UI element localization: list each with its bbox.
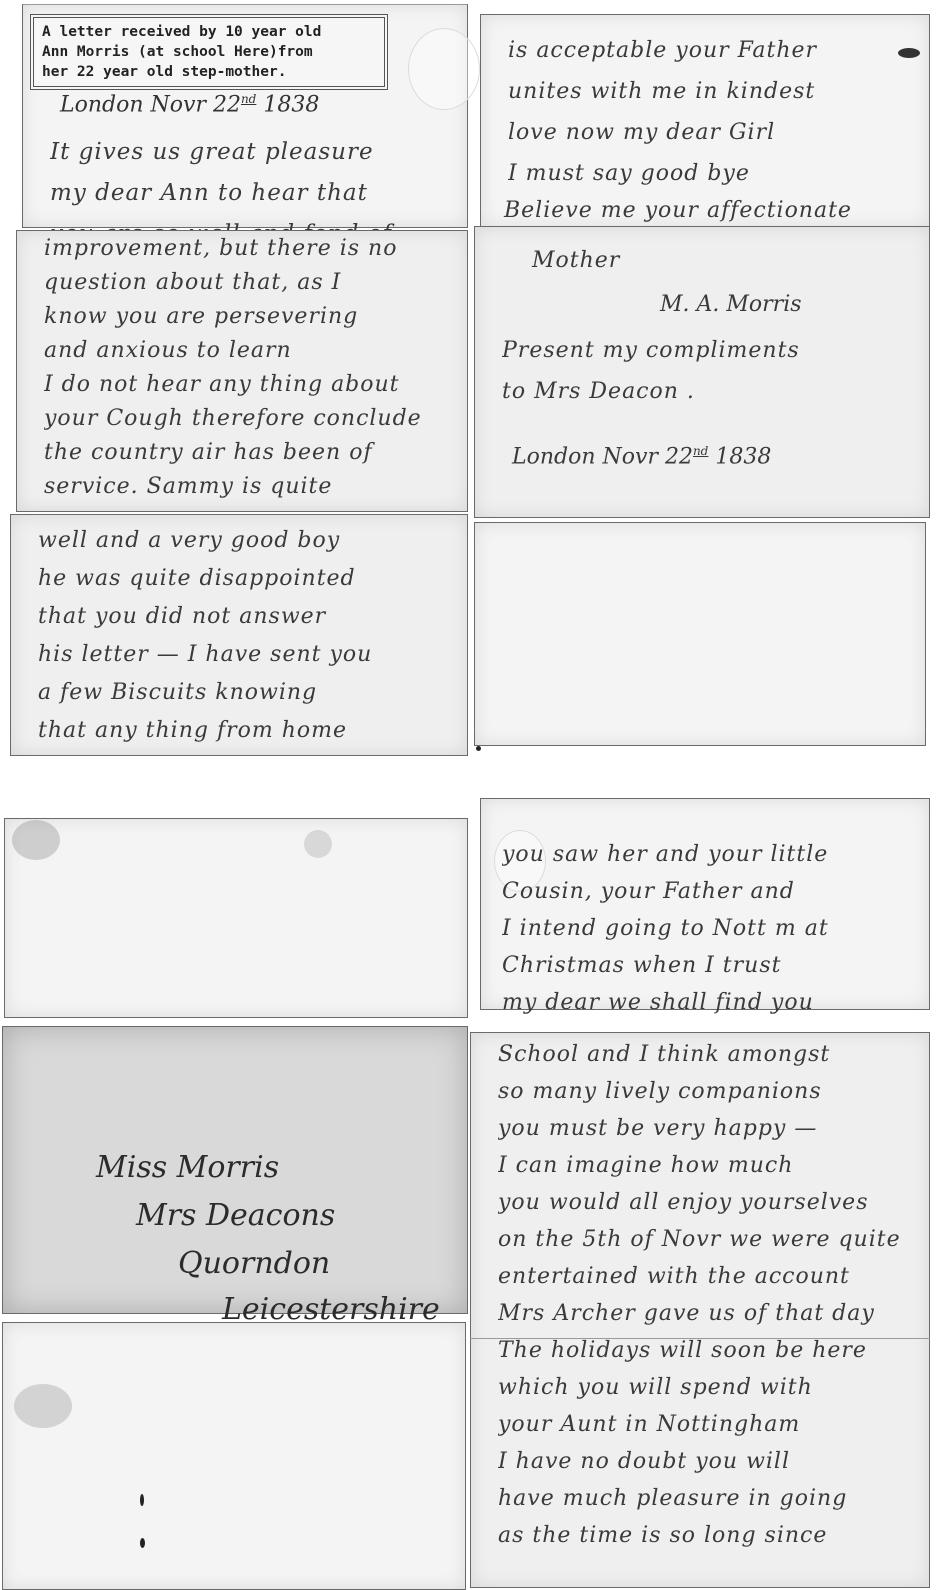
wax-seal-mark [14,1384,72,1428]
ink-spot [140,1494,144,1506]
handwritten-line: I can imagine how much [498,1147,950,1184]
handwritten-line: I must say good bye [508,153,950,194]
closing-date-year: 1838 [715,444,771,469]
closing-date-text: London Novr 22 [512,444,693,469]
dateline-text: London Novr 22 [60,92,241,117]
handwritten-line: I have no doubt you will [498,1443,950,1480]
handwritten-line: to Mrs Deacon . [502,371,950,412]
handwritten-line: my dear we shall find you [502,984,950,1021]
handwritten-line: as the time is so long since [498,1517,950,1554]
embossed-stamp [408,28,480,110]
handwritten-line: entertained with the account [498,1258,950,1295]
handwritten-line: Christmas when I trust [502,947,950,984]
ink-spot [140,1538,145,1548]
handwritten-line: service. Sammy is quite [44,468,496,502]
handwritten-line: on the 5th of Novr we were quite [498,1221,950,1258]
closing-dateline: London Novr 22nd 1838 [512,444,771,469]
handwritten-line: love now my dear Girl [508,112,950,153]
handwritten-line: Cousin, your Father and [502,873,950,910]
page1-bottom-text: well and a very good boy he was quite di… [10,522,496,750]
page1-middle-text: improvement, but there is no question ab… [16,230,496,502]
handwritten-line: your Cough therefore conclude [44,400,496,434]
handwritten-line: well and a very good boy [38,522,496,560]
handwritten-line: is acceptable your Father [508,30,950,71]
handwritten-line: unites with me in kindest [508,71,950,112]
address-line-town: Quorndon [178,1246,330,1281]
page2-middle-text: Believe me your affectionate Mother [474,190,950,291]
handwritten-line: you would all enjoy yourselves [498,1184,950,1221]
handwritten-line: which you will spend with [498,1369,950,1406]
page3-bottom-text: School and I think amongst so many livel… [470,1036,950,1554]
signature: M. A. Morris [660,292,802,317]
page2-bottom-blank-panel [474,522,926,746]
handwritten-line: Present my compliments [502,330,950,371]
page3-top-text: you saw her and your little Cousin, your… [474,836,950,1021]
dateline-ordinal: nd [241,92,256,106]
seal-stain [304,830,332,858]
handwritten-line: you saw her and your little [502,836,950,873]
torn-corner-stain [12,820,60,860]
handwritten-line: you must be very happy — [498,1110,950,1147]
handwritten-line: It gives us great pleasure [50,132,496,173]
handwritten-line: Mother [502,231,950,291]
dateline-year: 1838 [263,92,319,117]
handwritten-line: Believe me your affectionate [502,190,950,231]
handwritten-line: your Aunt in Nottingham [498,1406,950,1443]
handwritten-line: a few Biscuits knowing [38,674,496,712]
handwritten-line: and anxious to learn [44,332,496,366]
handwritten-line: my dear Ann to hear that [50,173,496,214]
sheet-separator [0,772,950,786]
typed-caption-label: A letter received by 10 year old Ann Mor… [30,14,388,90]
page2-postscript: Present my compliments to Mrs Deacon . [474,330,950,412]
handwritten-line: Mrs Archer gave us of that day [498,1295,950,1332]
handwritten-line: that you did not answer [38,598,496,636]
address-line-name: Miss Morris [96,1150,279,1185]
handwritten-line: School and I think amongst [498,1036,950,1073]
handwritten-line: the country air has been of [44,434,496,468]
handwritten-line: so many lively companions [498,1073,950,1110]
handwritten-line: he was quite disappointed [38,560,496,598]
handwritten-line: improvement, but there is no [44,230,496,264]
handwritten-line: that any thing from home [38,712,496,750]
caption-line: A letter received by 10 year old [42,22,376,42]
envelope-bottom-panel [2,1322,466,1590]
caption-line: Ann Morris (at school Here)from [42,42,376,62]
handwritten-line: have much pleasure in going [498,1480,950,1517]
handwritten-line: I intend going to Nott m at [502,910,950,947]
caption-line: her 22 year old step-mother. [42,62,376,82]
ink-dot [476,746,481,751]
envelope-top-panel [4,818,468,1018]
fold-crease [470,1338,930,1339]
handwritten-line: I do not hear any thing about [44,366,496,400]
handwritten-line: know you are persevering [44,298,496,332]
page2-top-text: is acceptable your Father unites with me… [480,30,950,194]
closing-date-ordinal: nd [693,444,708,458]
handwritten-line: question about that, as I [44,264,496,298]
address-line-care-of: Mrs Deacons [136,1198,335,1233]
letter-dateline: London Novr 22nd 1838 [60,92,319,117]
handwritten-line: his letter — I have sent you [38,636,496,674]
